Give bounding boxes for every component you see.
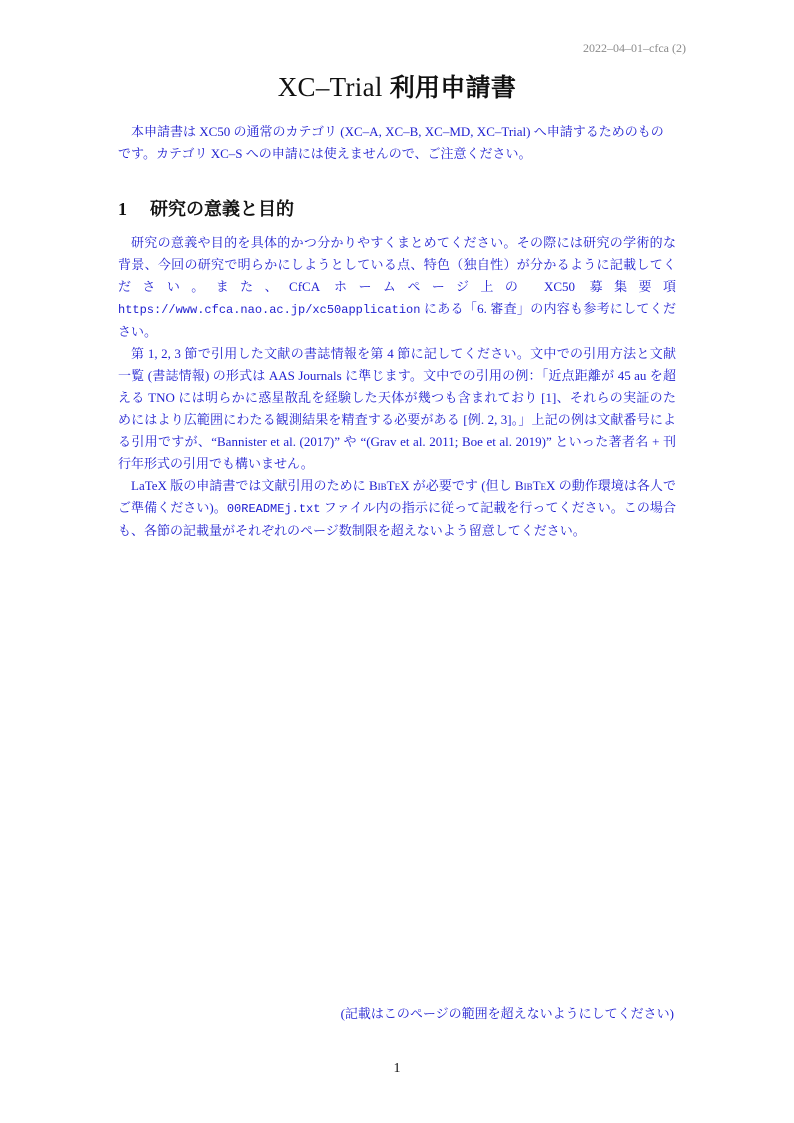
document-title: XC–Trial 利用申請書 — [0, 68, 794, 104]
section-heading: 1研究の意義と目的 — [118, 195, 294, 221]
bibtex-logo: BibTeX — [369, 478, 410, 493]
page-limit-note: (記載はこのページの範囲を超えないようにしてください) — [341, 1003, 674, 1022]
paragraph-text: 研究の意義や目的を具体的かつ分かりやすくまとめてください。その際には研究の学術的… — [118, 235, 676, 294]
paragraph-text: が必要です (但し — [409, 478, 514, 493]
paragraph-text: 版の申請書では文献引用のために — [167, 478, 369, 493]
paragraph-purpose: 研究の意義や目的を具体的かつ分かりやすくまとめてください。その際には研究の学術的… — [118, 232, 676, 343]
bibtex-logo: BibTeX — [515, 478, 556, 493]
section-title: 研究の意義と目的 — [150, 199, 294, 220]
page-number: 1 — [0, 1061, 794, 1077]
latex-logo: LaTeX — [131, 478, 167, 493]
running-head: 2022–04–01–cfca (2) — [583, 41, 686, 56]
readme-filename: 00READMEj.txt — [227, 502, 321, 516]
document-page: 2022–04–01–cfca (2) XC–Trial 利用申請書 本申請書は… — [0, 0, 794, 1123]
title-japanese: 利用申請書 — [390, 73, 517, 102]
section-number: 1 — [118, 199, 150, 220]
paragraph-citations: 第 1, 2, 3 節で引用した文献の書誌情報を第 4 節に記してください。文中… — [118, 343, 676, 475]
intro-paragraph: 本申請書は XC50 の通常のカテゴリ (XC–A, XC–B, XC–MD, … — [118, 121, 676, 165]
application-url-link[interactable]: https://www.cfca.nao.ac.jp/xc50applicati… — [118, 303, 420, 317]
section-body: 研究の意義や目的を具体的かつ分かりやすくまとめてください。その際には研究の学術的… — [118, 232, 676, 542]
paragraph-latex: LaTeX 版の申請書では文献引用のために BibTeX が必要です (但し B… — [118, 475, 676, 542]
title-latin: XC–Trial — [278, 72, 383, 102]
